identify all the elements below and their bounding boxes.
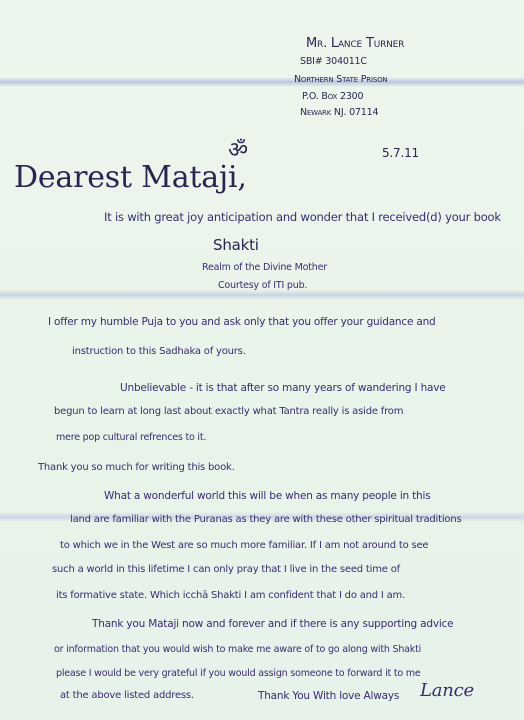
paragraph-5-line-2: or information that you would wish to ma… [54, 644, 421, 655]
salutation: Dearest Mataji, [14, 160, 247, 195]
paragraph-2-line-2: begun to learn at long last about exactl… [54, 406, 403, 417]
sender-po-box: P.O. Box 2300 [302, 91, 363, 102]
paragraph-4-line-5: its formative state. Which icchā Shakti … [56, 590, 405, 601]
paragraph-4-line-4: such a world in this lifetime I can only… [52, 564, 400, 575]
sender-city: Newark NJ. 07114 [300, 107, 378, 118]
paragraph-4-line-1: What a wonderful world this will be when… [104, 490, 431, 502]
signature: Lance [420, 680, 474, 701]
book-courtesy: Courtesy of ITI pub. [218, 280, 307, 291]
sender-institution: Northern State Prison [294, 74, 387, 85]
paragraph-1-line-1: I offer my humble Puja to you and ask on… [48, 316, 436, 328]
sender-name: Mr. Lance Turner [306, 36, 404, 51]
paragraph-3-line-1: Thank you so much for writing this book. [38, 462, 235, 473]
fold-line-upper [0, 290, 524, 300]
paragraph-5-line-4: at the above listed address. [60, 690, 194, 701]
letter-date: 5.7.11 [382, 146, 419, 160]
letter-paper: Mr. Lance Turner SBI# 304011C Northern S… [0, 0, 524, 720]
sender-sbi: SBI# 304011C [300, 56, 367, 67]
paragraph-4-line-2: land are familiar with the Puranas as th… [70, 514, 462, 525]
paragraph-2-line-1: Unbelievable - it is that after so many … [120, 382, 446, 394]
book-title: Shakti [213, 236, 259, 254]
paragraph-1-line-2: instruction to this Sadhaka of yours. [72, 346, 246, 357]
paragraph-5-line-1: Thank you Mataji now and forever and if … [92, 618, 453, 630]
book-subtitle: Realm of the Divine Mother [202, 262, 327, 273]
fold-line-top [0, 77, 524, 87]
paragraph-4-line-3: to which we in the West are so much more… [60, 540, 428, 551]
paragraph-2-line-3: mere pop cultural refrences to it. [56, 432, 206, 443]
intro-line: It is with great joy anticipation and wo… [104, 210, 501, 224]
closing: Thank You With love Always [258, 690, 399, 702]
paragraph-5-line-3: please I would be very grateful if you w… [56, 668, 421, 679]
